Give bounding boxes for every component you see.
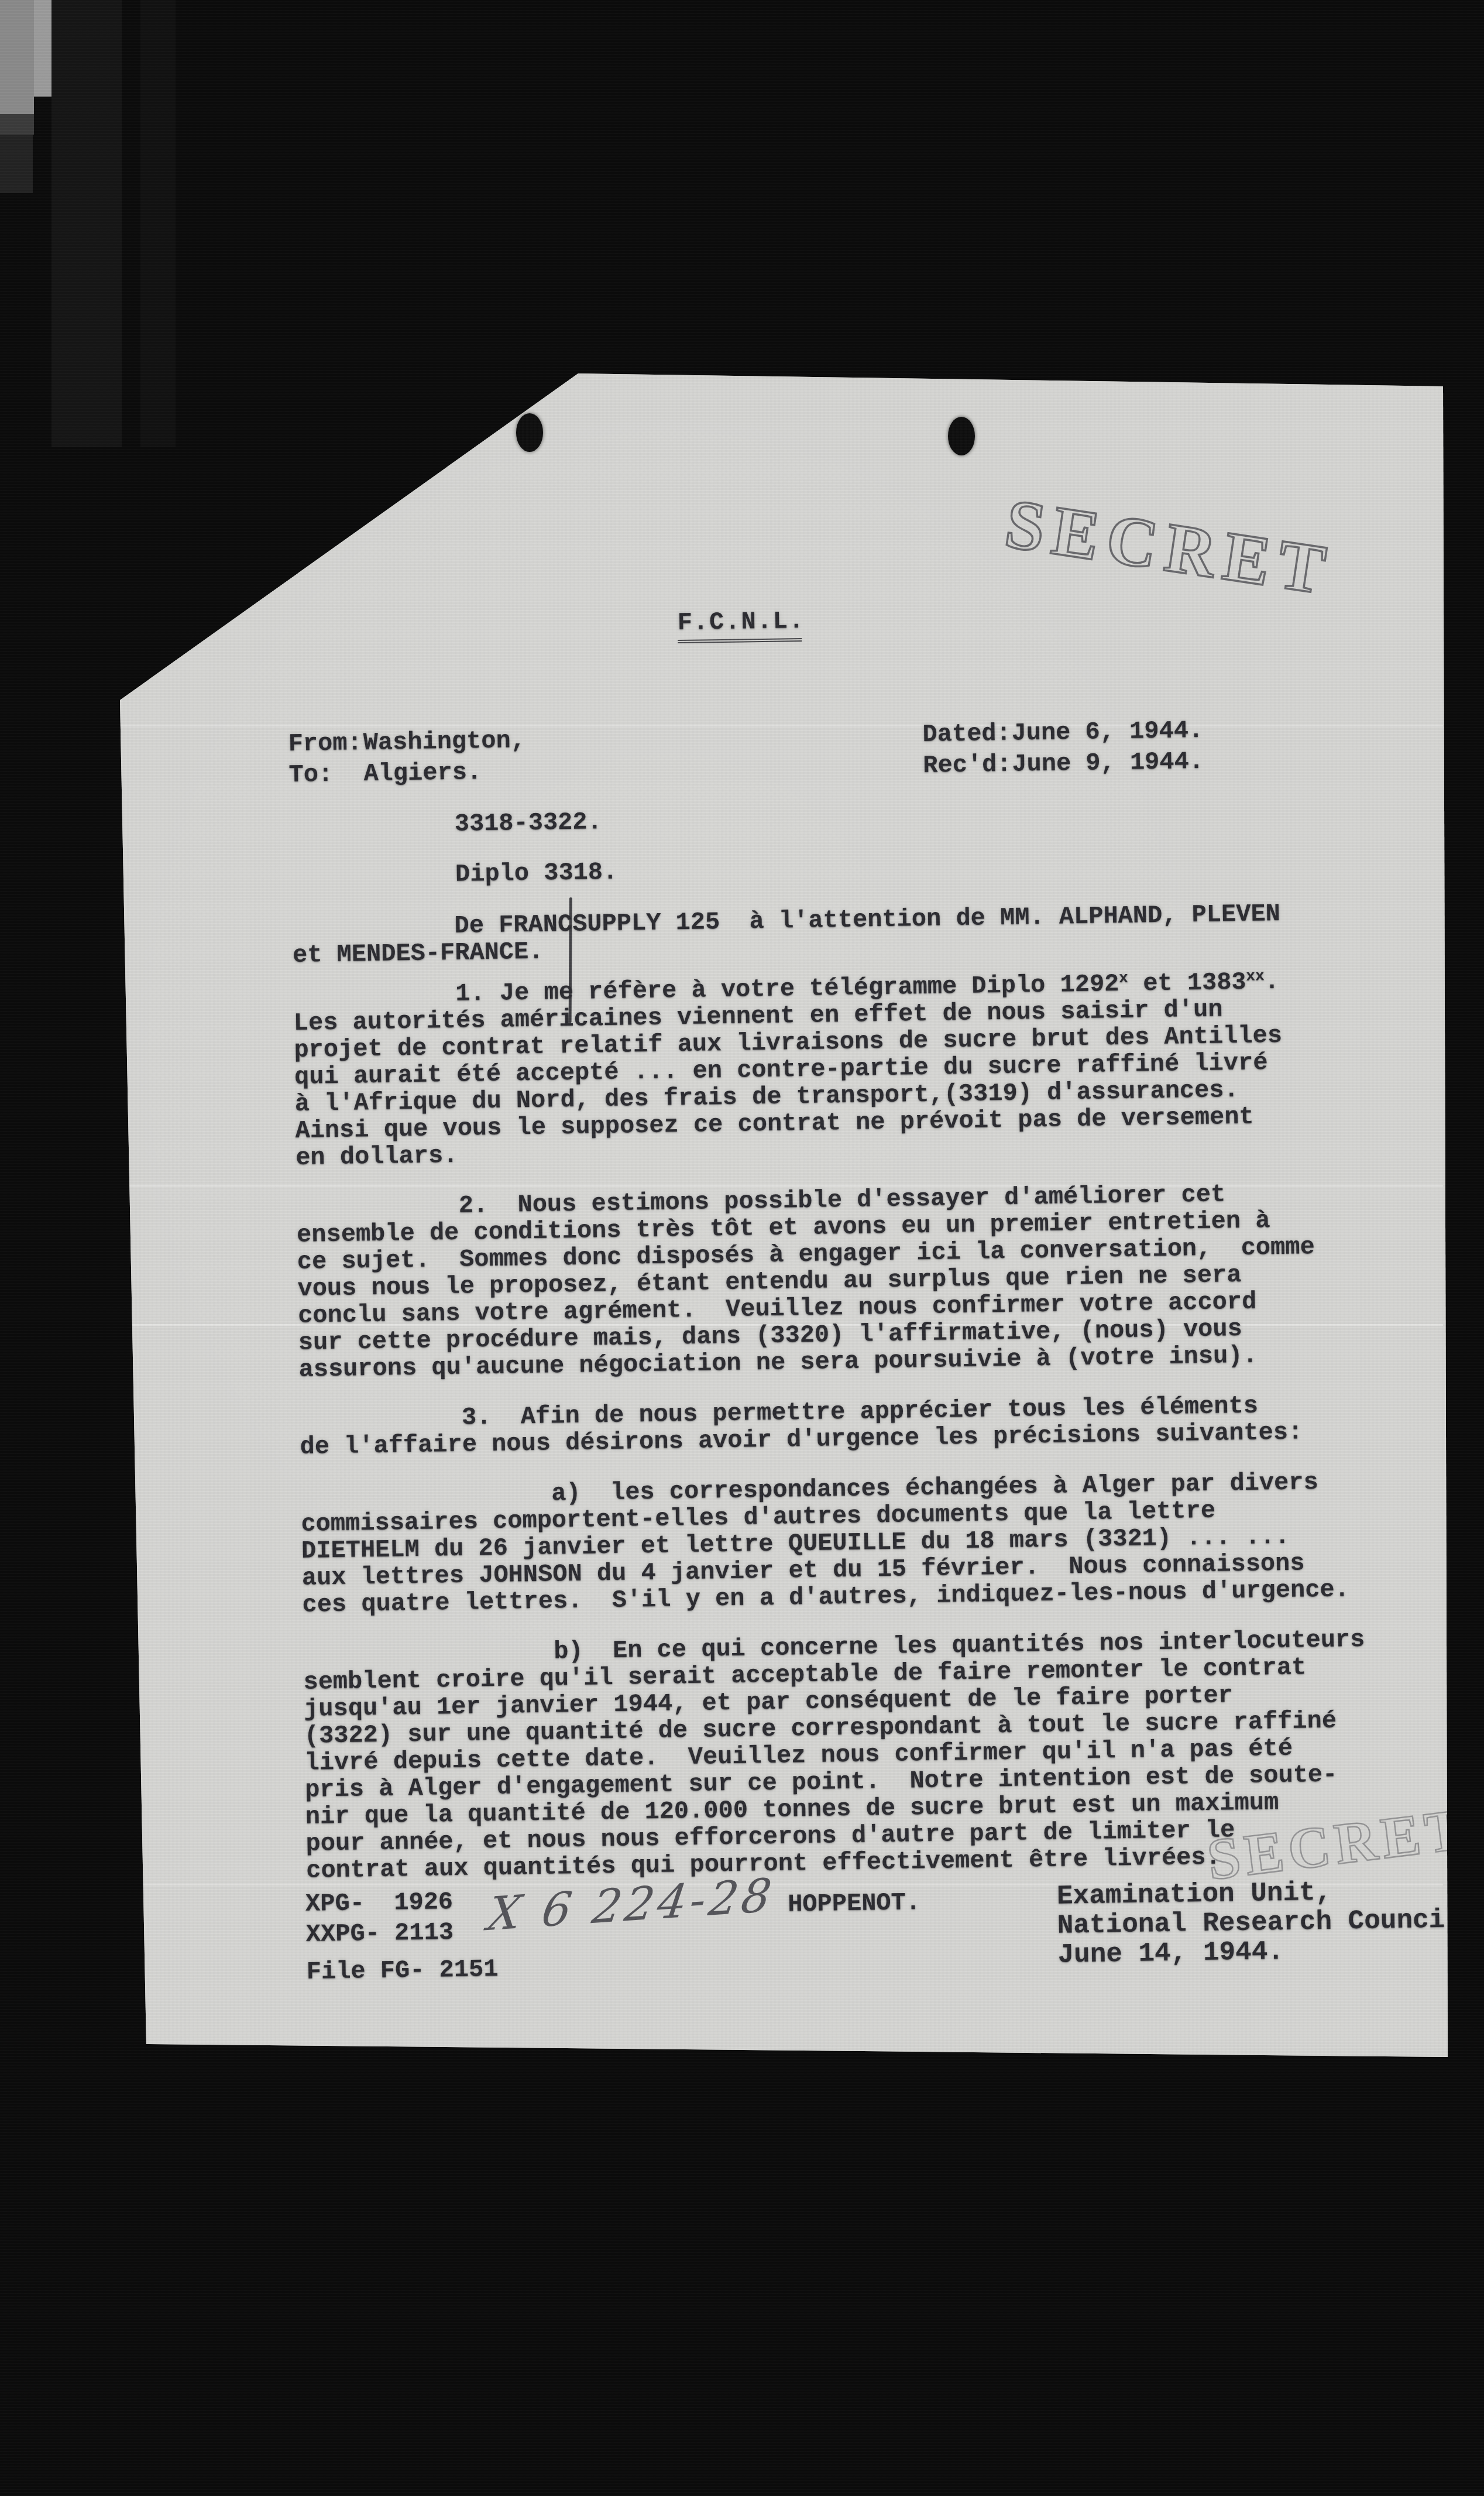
from-line: From:Washington, <box>288 725 525 760</box>
footnote-marker: x <box>1119 969 1128 987</box>
document-paper: SECRET SECRET F.C.N.L. From:Washington, … <box>0 0 1484 2496</box>
paragraph-a: a) les correspondances échangées à Alger… <box>300 1467 1425 1618</box>
examination-block: Examination Unit, National Research Coun… <box>1057 1876 1462 1969</box>
dated-line: Dated:June 6, 1944. <box>922 715 1203 750</box>
origin-block: From:Washington, To:Algiers. <box>288 725 526 791</box>
typewritten-text-layer: F.C.N.L. From:Washington, To:Algiers. Da… <box>0 0 1484 2496</box>
received-label: Rec'd: <box>923 749 1012 781</box>
p1-line1-mid: et 1383 <box>1128 968 1246 998</box>
date-block: Dated:June 6, 1944. Rec'd:June 9, 1944. <box>922 715 1204 781</box>
reference-1: XPG- 1926 <box>305 1888 497 1918</box>
reference-2: XXPG- 2113 <box>306 1918 498 1948</box>
scan-artifact <box>140 0 176 447</box>
p1-line1-end: . <box>1264 968 1279 996</box>
paragraph-2: 2. Nous estimons possible d'essayer d'am… <box>296 1178 1423 1383</box>
received-value: June 9, 1944. <box>1012 748 1204 779</box>
paragraph-b: b) En ce qui concerne les quantités nos … <box>303 1625 1430 1884</box>
paragraph-3: 3. Afin de nous permettre apprécier tous… <box>300 1390 1424 1460</box>
from-value: Washington, <box>363 726 525 757</box>
telegram-serial: 3318-3322. <box>454 808 602 838</box>
paragraph-1: 1. Je me réfère à votre télégramme Diplo… <box>293 966 1420 1171</box>
reference-block: XPG- 1926 XXPG- 2113 File FG- 2151 <box>305 1888 499 1986</box>
document-title: F.C.N.L. <box>677 607 802 643</box>
file-reference: File FG- 2151 <box>307 1956 499 1986</box>
dated-label: Dated: <box>922 718 1012 750</box>
to-label: To: <box>288 759 364 791</box>
to-value: Algiers. <box>363 758 482 788</box>
examination-date: June 14, 1944. <box>1057 1934 1462 1969</box>
dated-value: June 6, 1944. <box>1011 716 1203 748</box>
salutation-paragraph: De FRANCSUPPLY 125 à l'attention de MM. … <box>292 898 1416 968</box>
to-line: To:Algiers. <box>288 756 526 791</box>
scan-artifact <box>51 0 122 447</box>
examination-org: National Research Council <box>1057 1905 1461 1940</box>
scan-artifact <box>0 0 34 114</box>
received-line: Rec'd:June 9, 1944. <box>923 746 1204 781</box>
telegram-number: Diplo 3318. <box>455 858 618 889</box>
footnote-marker: xx <box>1246 967 1265 985</box>
document-body: De FRANCSUPPLY 125 à l'attention de MM. … <box>292 898 1430 1884</box>
signature: HOPPENOT. <box>788 1888 921 1918</box>
scanned-page: SECRET SECRET F.C.N.L. From:Washington, … <box>0 0 1484 2496</box>
from-label: From: <box>288 728 363 760</box>
paragraph-1-lines: Les autorités américaines viennent en ef… <box>293 993 1419 1171</box>
